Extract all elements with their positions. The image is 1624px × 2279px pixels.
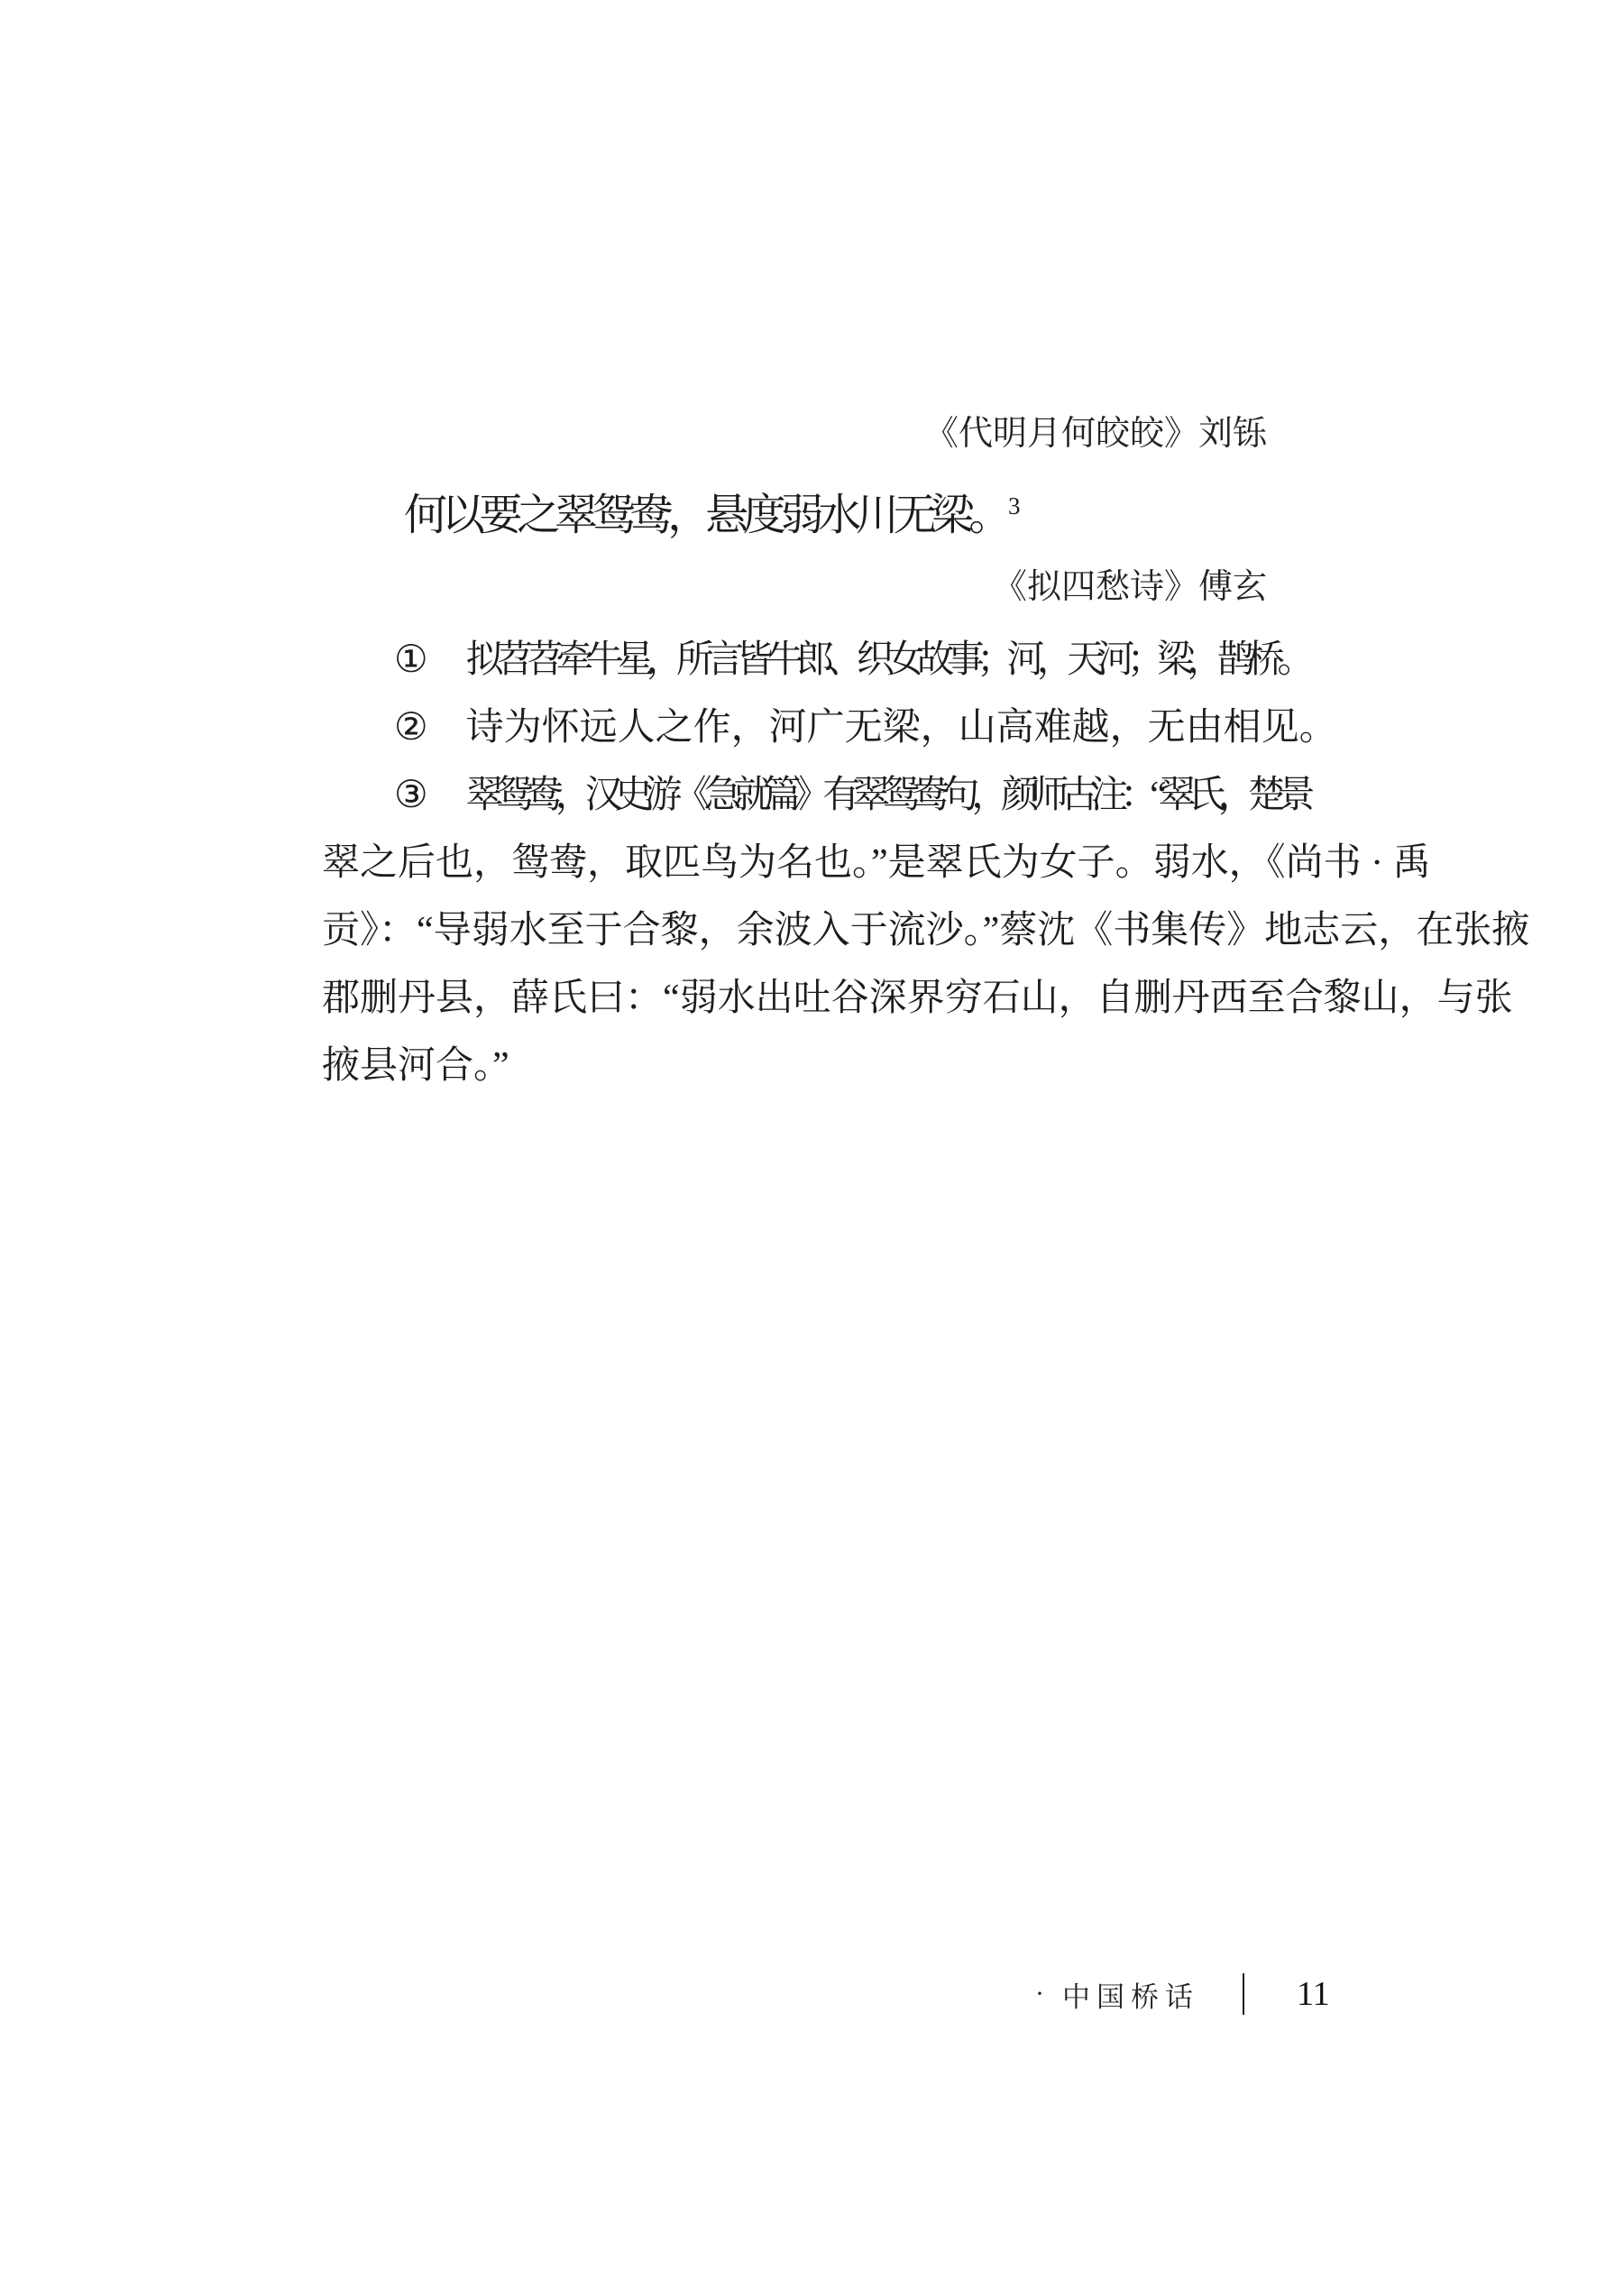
footer-bullet: · <box>1035 1979 1044 2009</box>
footnote-2-marker: ② <box>394 704 428 752</box>
footnote-3-marker: ③ <box>394 772 428 820</box>
footnote-3-line-1: ③翠鸳鸯，汉史游《急就篇》有翠鸳鸯句，颜师古注：“翠氏，楚景 <box>322 772 1306 820</box>
page-number: 11 <box>1297 1974 1330 2014</box>
poem-attribution-liu-shuo: 《代明月何皎皎》刘铄 <box>924 413 1267 456</box>
footer-book-title: 中国桥话 <box>1062 1974 1199 2015</box>
footnote-3-text-line-1: 翠鸳鸯，汉史游《急就篇》有翠鸳鸯句，颜师古注：“翠氏，楚景 <box>466 775 1307 816</box>
footer-divider-bar <box>1243 1973 1244 2015</box>
page: 《代明月何皎皎》刘铄 何以要之翠鸳鸯，悬度弱水川无梁。3 《拟四愁诗》傅玄 ①拟… <box>0 0 1624 2279</box>
footnote-1-text: 拟苕苕牵牛星，所言皆牛郎、织女故事；河，天河；梁，鹊桥。 <box>466 639 1307 681</box>
poem-attribution-fu-xuan: 《拟四愁诗》傅玄 <box>993 566 1267 610</box>
verse-text: 何以要之翠鸳鸯，悬度弱水川无梁。 <box>404 492 1006 539</box>
footnote-1-marker: ① <box>394 637 428 685</box>
footnote-2: ②诗为怀远人之作，河广无梁，山高难越，无由相见。 <box>394 704 1337 752</box>
footnote-reference-3: 3 <box>1008 492 1021 519</box>
footnote-1: ①拟苕苕牵牛星，所言皆牛郎、织女故事；河，天河；梁，鹊桥。 <box>394 637 1307 685</box>
footnote-2-text: 诗为怀远人之作，河广无梁，山高难越，无由相见。 <box>466 707 1337 749</box>
verse-line: 何以要之翠鸳鸯，悬度弱水川无梁。3 <box>404 489 1021 543</box>
footnote-3-line-4: 郡删丹县，薛氏曰：“弱水出吐谷深界穷石山，自删丹西至合黎山，与张 <box>322 975 1306 1023</box>
book-page: { "colors": { "page_background": "#fffff… <box>0 0 1624 2279</box>
footnote-3-line-5: 掖县河合。” <box>322 1043 1306 1090</box>
footnote-3-line-3: 贡》：“导弱水至于合黎，余波入于流沙。”蔡沈《书集传》地志云，在张掖 <box>322 907 1306 955</box>
footnote-3-line-2: 翠之后也，鸳鸯，取匹鸟为名也。”是翠氏为女子。弱水，《尚书 · 禹 <box>322 840 1306 887</box>
page-footer: · 中国桥话 11 <box>1035 1973 1330 2015</box>
